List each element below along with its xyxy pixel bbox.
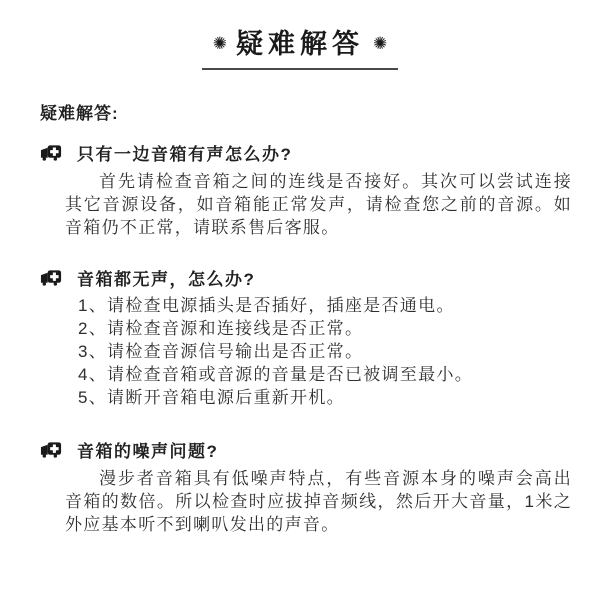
page-title: 疑难解答 xyxy=(236,22,364,61)
speaker-icon xyxy=(40,144,63,162)
list-item: 4、请检查音箱或音源的音量是否已被调至最小。 xyxy=(78,363,572,386)
question-title: 音箱都无声，怎么办? xyxy=(77,265,255,290)
list-item: 2、请检查音源和连接线是否正常。 xyxy=(78,317,572,340)
speaker-icon xyxy=(40,269,63,287)
manual-page: ✺疑难解答✺ 疑难解答: 只有一边音箱有声怎么办? 首先请检查音箱之间的连线是 xyxy=(0,0,600,589)
question-row: 音箱都无声，怎么办? xyxy=(40,265,572,290)
faq-section: 只有一边音箱有声怎么办? 首先请检查音箱之间的连线是否接好。其次可以尝试连接其它… xyxy=(40,140,572,239)
page-header: ✺疑难解答✺ xyxy=(0,0,600,70)
section-subtitle: 疑难解答: xyxy=(40,99,572,124)
title-underline-box: ✺疑难解答✺ xyxy=(202,22,399,70)
page-content: 疑难解答: 只有一边音箱有声怎么办? 首先请检查音箱之间的连线是否接好。其次可以… xyxy=(0,99,600,536)
list-item: 5、请断开音箱电源后重新开机。 xyxy=(78,386,572,409)
faq-section: 音箱都无声，怎么办? 1、请检查电源插头是否插好，插座是否通电。 2、请检查音源… xyxy=(40,265,572,409)
question-title: 只有一边音箱有声怎么办? xyxy=(77,140,292,165)
star-icon: ✺ xyxy=(213,34,227,54)
list-item: 3、请检查音源信号输出是否正常。 xyxy=(78,340,572,363)
check-step-list: 1、请检查电源插头是否插好，插座是否通电。 2、请检查音源和连接线是否正常。 3… xyxy=(78,294,572,409)
star-icon: ✺ xyxy=(373,34,387,54)
answer-paragraph: 首先请检查音箱之间的连线是否接好。其次可以尝试连接其它音源设备，如音箱能正常发声… xyxy=(65,170,572,239)
speaker-icon xyxy=(40,441,63,459)
question-row: 音箱的噪声问题? xyxy=(40,437,572,462)
list-item: 1、请检查电源插头是否插好，插座是否通电。 xyxy=(78,294,572,317)
question-row: 只有一边音箱有声怎么办? xyxy=(40,140,572,165)
question-title: 音箱的噪声问题? xyxy=(77,437,218,462)
faq-section: 音箱的噪声问题? 漫步者音箱具有低噪声特点，有些音源本身的噪声会高出音箱的数倍。… xyxy=(40,437,572,536)
answer-paragraph: 漫步者音箱具有低噪声特点，有些音源本身的噪声会高出音箱的数倍。所以检查时应拔掉音… xyxy=(65,467,572,536)
